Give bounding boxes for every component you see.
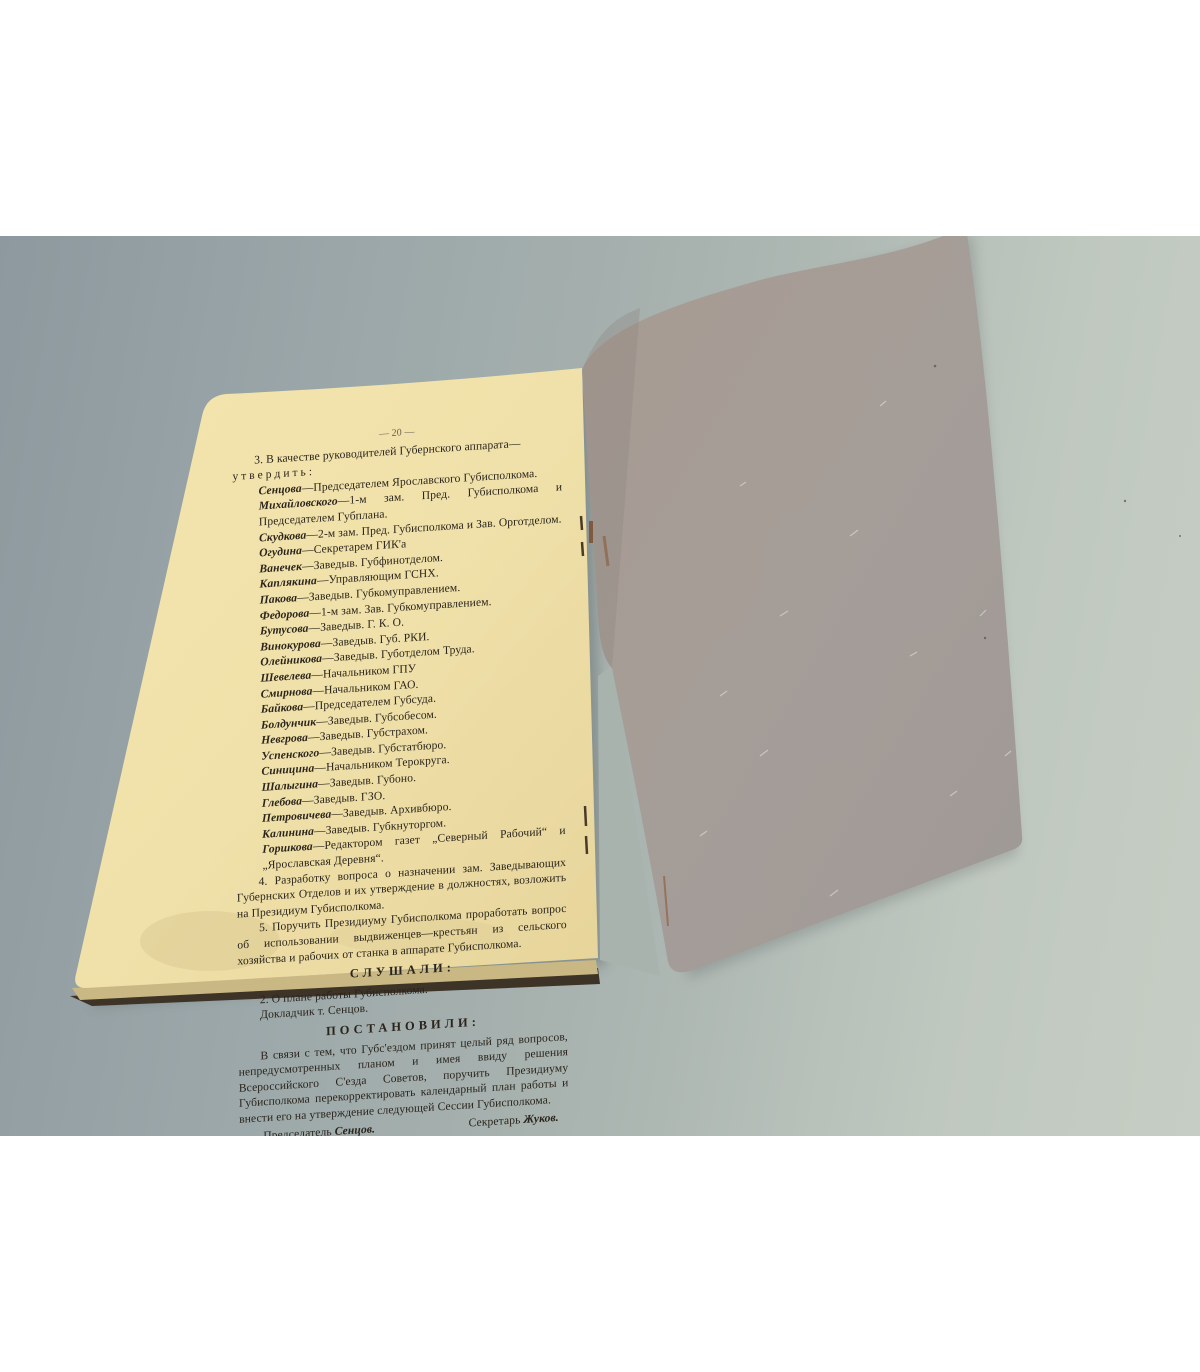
chairman-label: Председатель [263,1125,332,1136]
appointee-name: Пакова [260,591,298,606]
appointee-name: Смирнова [261,684,313,700]
appointee-name: Ванечек [259,560,302,576]
secretary-label: Секретарь [469,1113,521,1129]
appointee-name: Федорова [260,606,310,622]
appointee-name: Глебова [262,794,302,810]
appointee-name: Горшкова [262,840,313,856]
appointee-name: Михайловского [259,495,338,513]
appointments-list: Сенцова—Председателем Ярославского Губис… [233,464,566,875]
booklet-photo: — 20 — 3. В качестве руководителей Губер… [0,236,1200,1136]
appointee-name: Шалыгина [262,777,319,794]
appointee-name: Калинина [262,824,314,840]
appointee-name: Каплякина [259,574,317,591]
secretary-signature: Секретарь Жуков. [469,1109,559,1130]
appointee-name: Сенцова [258,481,301,497]
appointee-name: Бутусова [260,622,309,638]
appointee-name: Огудина [259,544,302,560]
right-page [582,236,1022,972]
appointee-name: Скудкова [259,528,306,544]
booklet-scene [0,236,1200,1136]
left-page-text: — 20 — 3. В качестве руководителей Губер… [232,415,569,1136]
chairman-name: Сенцов. [335,1122,375,1136]
appointee-name: Шевелева [260,668,311,684]
secretary-name: Жуков. [523,1110,558,1125]
appointee-name: Байкова [261,700,304,716]
appointee-name: Невгрова [261,731,308,747]
appointee-name: Синицина [261,762,314,778]
appointee-name: Болдунчик [261,715,316,731]
